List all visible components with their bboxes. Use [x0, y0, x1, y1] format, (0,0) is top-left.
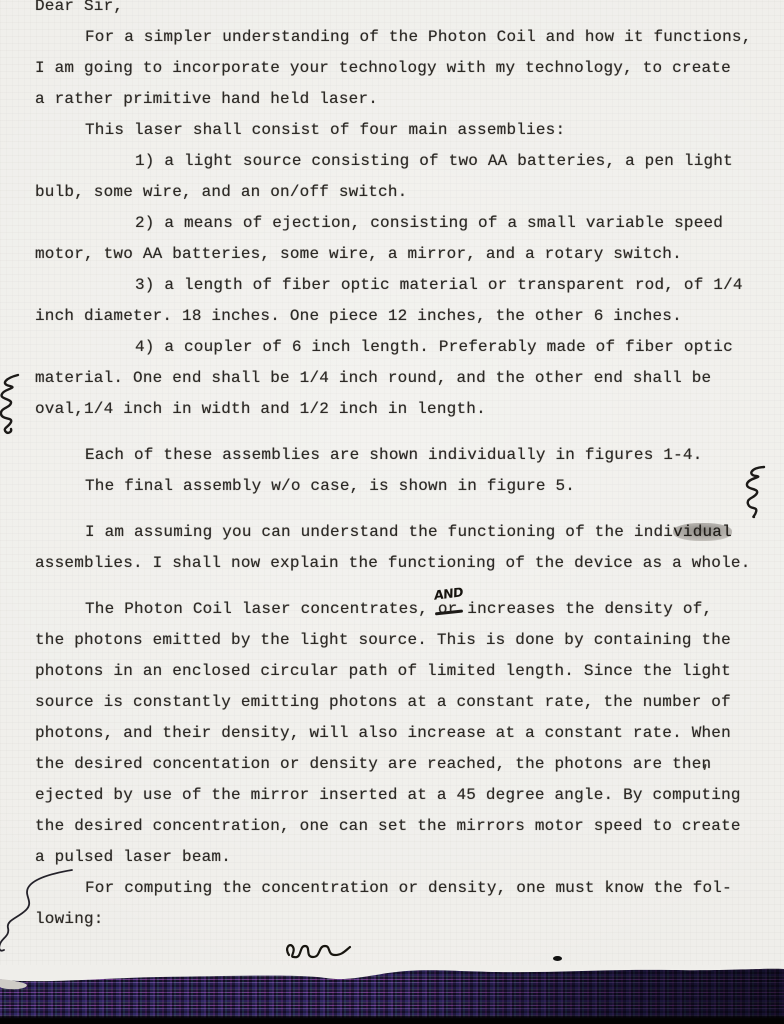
text-line: lowing:	[0, 904, 784, 935]
text-line: material. One end shall be 1/4 inch roun…	[0, 363, 784, 394]
text-line: Each of these assemblies are shown indiv…	[0, 440, 784, 471]
text-segment: I am assuming you can understand the fun…	[85, 523, 673, 541]
text-line: assemblies. I shall now explain the func…	[0, 548, 784, 579]
text-line: For computing the concentration or densi…	[0, 873, 784, 904]
text-line: bulb, some wire, and an on/off switch.	[0, 177, 784, 208]
text-line: 1) a light source consisting of two AA b…	[0, 146, 784, 177]
text-segment: inch diameter. 18 inches. One piece 12 i…	[35, 307, 682, 325]
text-line: the desired concentration, one can set t…	[0, 811, 784, 842]
text-line: motor, two AA batteries, some wire, a mi…	[0, 239, 784, 270]
document-body: Dear Sir,For a simpler understanding of …	[0, 0, 784, 935]
text-segment: assemblies. I shall now explain the func…	[35, 554, 751, 572]
text-line: 3) a length of fiber optic material or t…	[0, 270, 784, 301]
text-segment: Each of these assemblies are shown indiv…	[85, 446, 703, 464]
text-segment: lowing:	[35, 910, 104, 928]
text-line: Dear Sir,	[0, 0, 784, 22]
text-segment: oval,1/4 inch in width and 1/2 inch in l…	[35, 400, 486, 418]
text-segment: For a simpler understanding of the Photo…	[85, 28, 752, 46]
text-line: inch diameter. 18 inches. One piece 12 i…	[0, 301, 784, 332]
handwritten-correction-note: AND	[434, 576, 463, 611]
ink-dot	[553, 956, 562, 961]
text-segment: This laser shall consist of four main as…	[85, 121, 565, 139]
text-line: The final assembly w/o case, is shown in…	[0, 471, 784, 502]
text-line: the desired concentation or density are …	[0, 749, 784, 780]
smudged-word: vidual	[673, 523, 732, 541]
pen-squiggle-bottom-icon	[282, 934, 352, 964]
text-segment: the desired concentation or density are …	[35, 755, 711, 773]
text-segment: For computing the concentration or densi…	[85, 879, 732, 897]
text-segment: 2) a means of ejection, consisting of a …	[135, 214, 723, 232]
text-segment: photons in an enclosed circular path of …	[35, 662, 731, 680]
paper-torn-edge	[0, 965, 784, 991]
text-line: 2) a means of ejection, consisting of a …	[0, 208, 784, 239]
text-line: oval,1/4 inch in width and 1/2 inch in l…	[0, 394, 784, 425]
text-line: source is constantly emitting photons at…	[0, 687, 784, 718]
text-line: a pulsed laser beam.	[0, 842, 784, 873]
text-line: 4) a coupler of 6 inch length. Preferabl…	[0, 332, 784, 363]
text-line: I am assuming you can understand the fun…	[0, 517, 784, 548]
text-line: photons in an enclosed circular path of …	[0, 656, 784, 687]
text-segment: The final assembly w/o case, is shown in…	[85, 477, 575, 495]
text-segment: material. One end shall be 1/4 inch roun…	[35, 369, 711, 387]
text-line: I am going to incorporate your technolog…	[0, 53, 784, 84]
text-segment: ejected by use of the mirror inserted at…	[35, 786, 741, 804]
text-segment: the photons emitted by the light source.…	[35, 631, 731, 649]
scan-artifact-band	[0, 966, 784, 1024]
text-line: The Photon Coil laser concentrates, orAN…	[0, 594, 784, 625]
struck-out-word: orAND	[438, 594, 458, 625]
text-line: a rather primitive hand held laser.	[0, 84, 784, 115]
text-segment: photons, and their density, will also in…	[35, 724, 731, 742]
text-segment: source is constantly emitting photons at…	[35, 693, 731, 711]
text-segment: a pulsed laser beam.	[35, 848, 231, 866]
text-line: This laser shall consist of four main as…	[0, 115, 784, 146]
text-line: ejected by use of the mirror inserted at…	[0, 780, 784, 811]
text-segment: a rather primitive hand held laser.	[35, 90, 378, 108]
text-line: the photons emitted by the light source.…	[0, 625, 784, 656]
text-line: For a simpler understanding of the Photo…	[0, 22, 784, 53]
text-segment: 4) a coupler of 6 inch length. Preferabl…	[135, 338, 733, 356]
text-segment: bulb, some wire, and an on/off switch.	[35, 183, 407, 201]
text-segment: increases the density of,	[457, 600, 712, 618]
text-segment: 1) a light source consisting of two AA b…	[135, 152, 733, 170]
text-segment: 3) a length of fiber optic material or t…	[135, 276, 743, 294]
text-segment: I am going to incorporate your technolog…	[35, 59, 731, 77]
letter-page: Dear Sir,For a simpler understanding of …	[0, 0, 784, 1024]
text-line: photons, and their density, will also in…	[0, 718, 784, 749]
text-segment: The Photon Coil laser concentrates,	[85, 600, 438, 618]
text-segment: motor, two AA batteries, some wire, a mi…	[35, 245, 682, 263]
text-segment: the desired concentration, one can set t…	[35, 817, 741, 835]
text-segment: Dear Sir,	[35, 0, 123, 15]
